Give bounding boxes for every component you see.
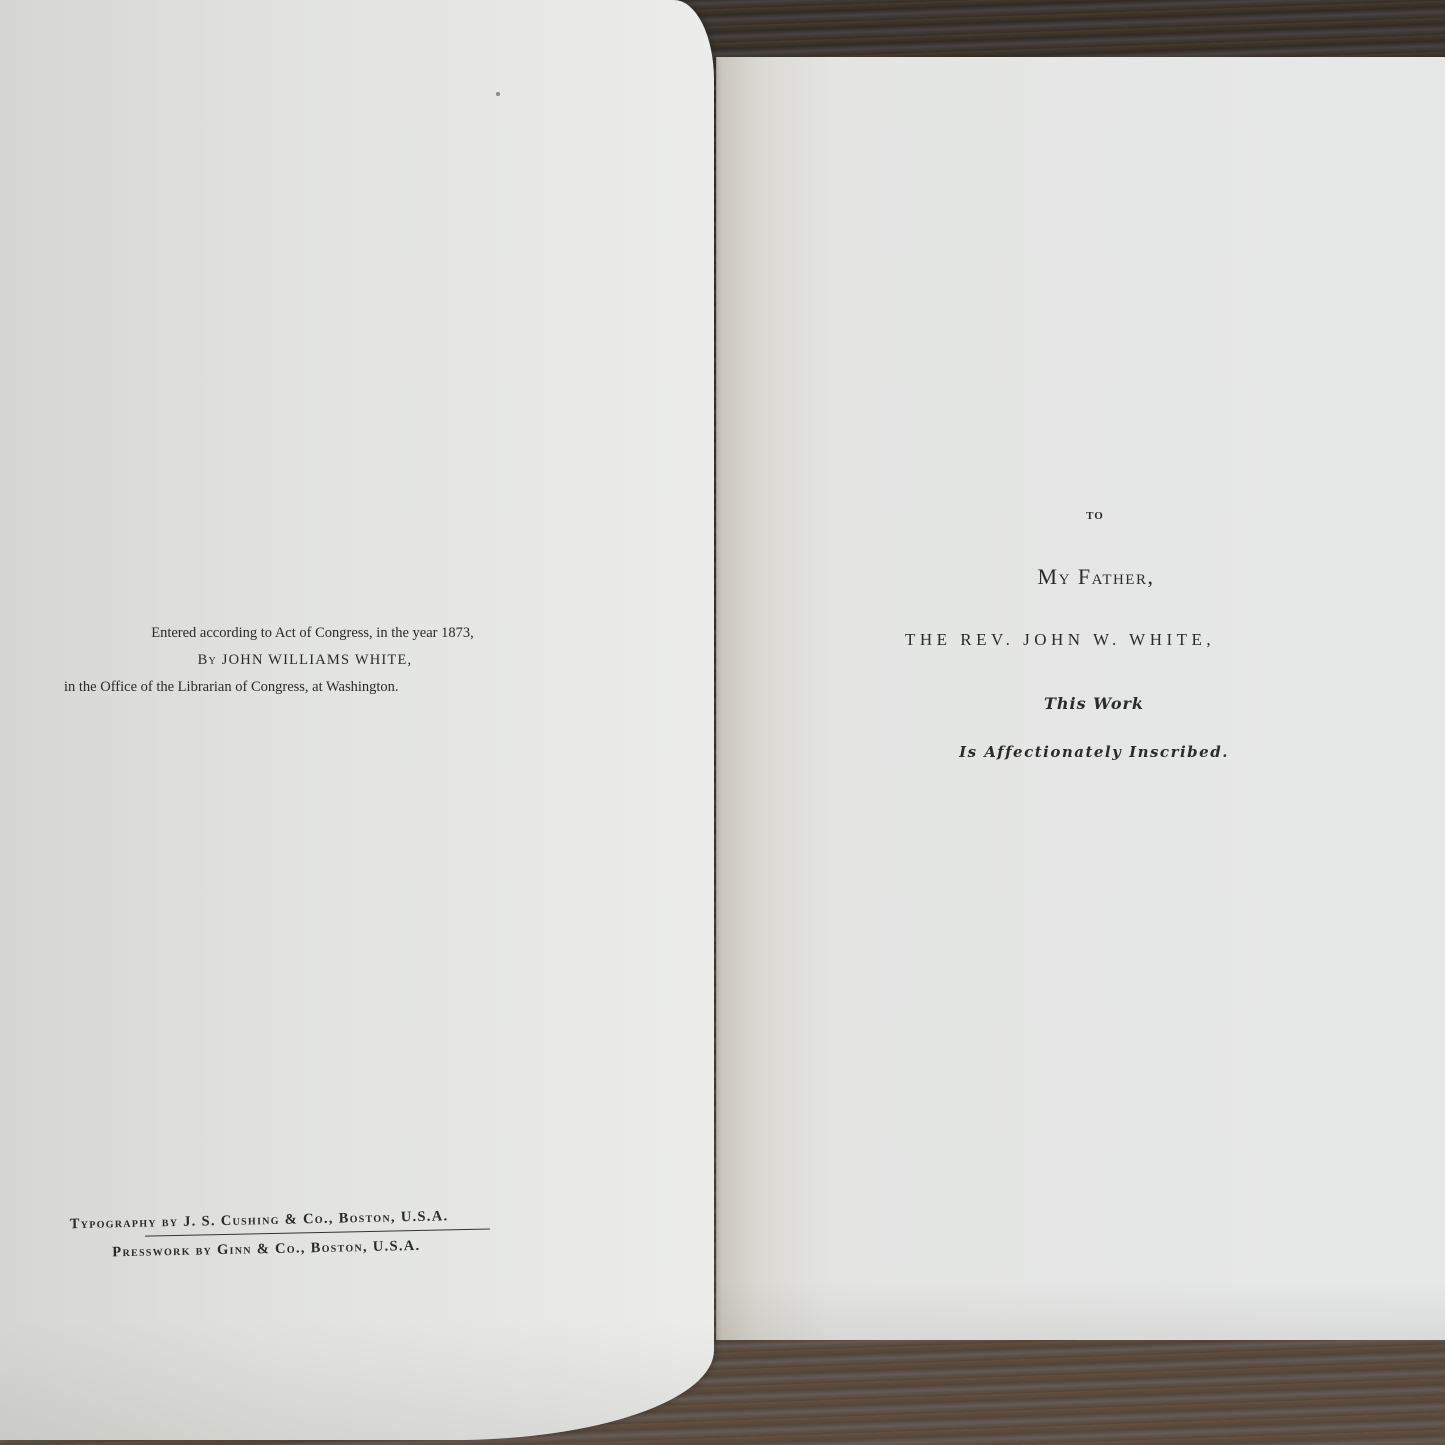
copyright-line-entered: Entered according to Act of Congress, in… [60, 620, 540, 647]
copyright-line-author: By JOHN WILLIAMS WHITE, [60, 647, 540, 674]
dedication-recipient: My Father, [880, 564, 1300, 590]
dedication-inscribed: Is Affectionately Inscribed. [880, 743, 1300, 761]
paper-speck [496, 92, 500, 96]
dedication-block: TO My Father, THE REV. JOHN W. WHITE, Th… [880, 505, 1300, 761]
copyright-line-office: in the Office of the Librarian of Congre… [60, 674, 540, 701]
printer-imprint: Typography by J. S. Cushing & Co., Bosto… [60, 1203, 581, 1265]
dedication-name: THE REV. JOHN W. WHITE, [880, 630, 1300, 650]
copyright-notice: Entered according to Act of Congress, in… [60, 620, 540, 701]
dedication-this-work: This Work [880, 694, 1300, 713]
dedication-to: TO [880, 510, 1300, 522]
